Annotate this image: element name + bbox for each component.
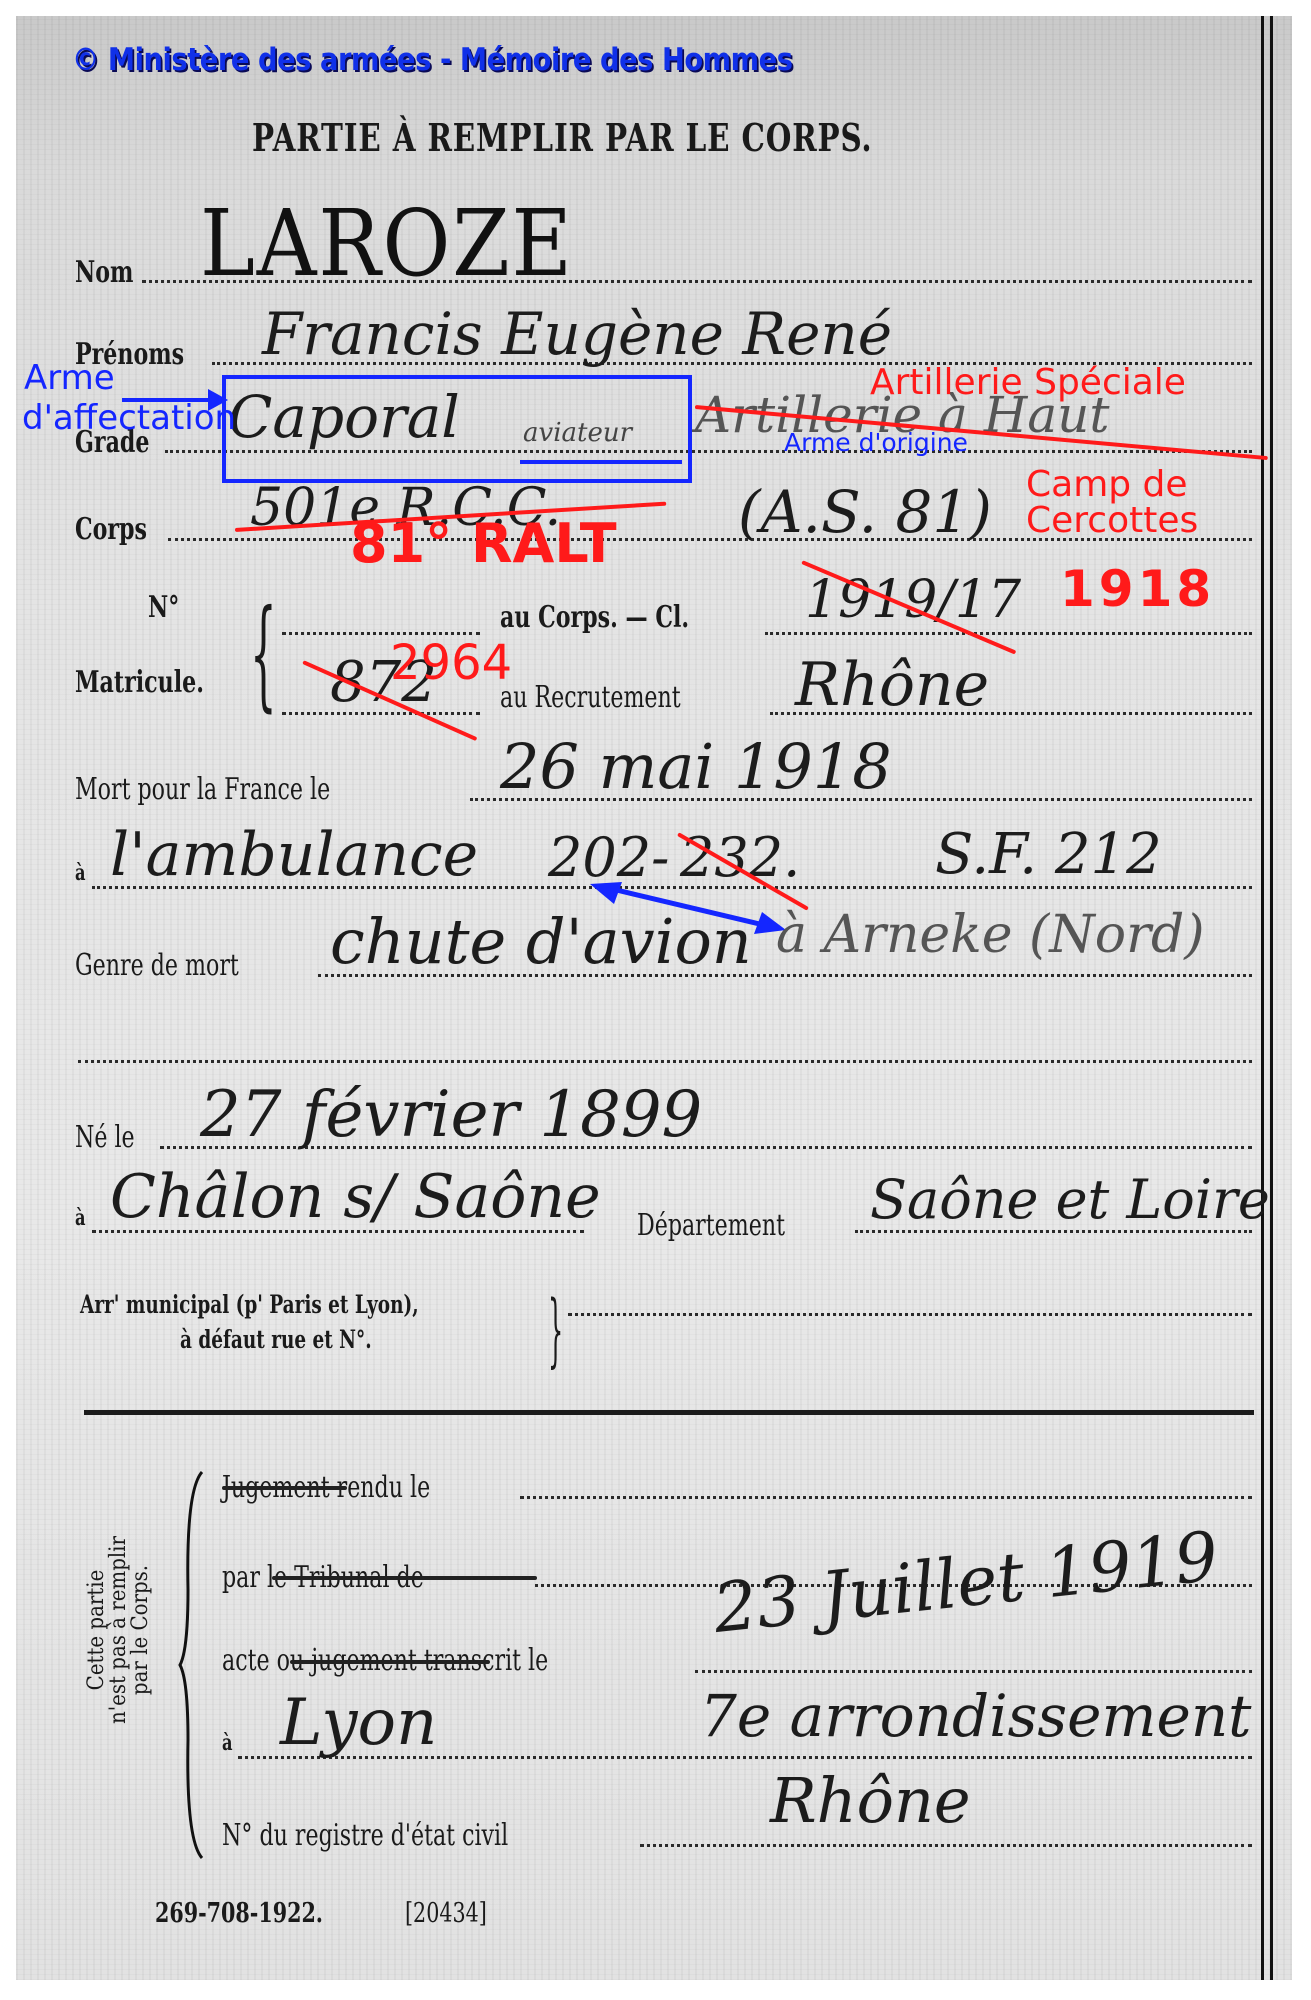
separator-line <box>84 1410 1254 1415</box>
label-matricule: Matricule. <box>75 665 204 700</box>
label-a-naissance: à <box>75 1205 86 1231</box>
annotation-arme-affectation-line1: Arme <box>24 358 115 398</box>
strike-tribunal <box>272 1576 537 1580</box>
right-border-line <box>1261 16 1264 1980</box>
form-title: PARTIE À REMPLIR PAR LE CORPS. <box>252 115 873 160</box>
label-no: N° <box>148 590 179 625</box>
arme-affectation-box <box>222 375 692 483</box>
handwritten-ne-lieu: Châlon s/ Saône <box>110 1162 601 1232</box>
strike-jugement <box>222 1486 347 1490</box>
line-jugement <box>520 1496 1252 1499</box>
strike-acte <box>290 1660 490 1664</box>
annotation-classe: 1918 <box>1060 560 1215 618</box>
handwritten-lieu-2: à Arneke (Nord) <box>776 905 1205 965</box>
aviateur-underline <box>520 460 682 464</box>
footer-ref: [20434] <box>405 1898 487 1929</box>
label-nom: Nom <box>75 255 133 290</box>
annotation-ralt: 81° RALT <box>350 512 617 575</box>
label-arr-municipal-2: à défaut rue et N°. <box>180 1325 372 1354</box>
handwritten-lieu: l'ambulance <box>110 820 478 890</box>
label-departement: Département <box>637 1208 785 1243</box>
label-genre-de-mort: Genre de mort <box>75 948 239 983</box>
line-arr-municipal <box>568 1313 1252 1316</box>
label-registre: N° du registre d'état civil <box>222 1818 508 1853</box>
handwritten-transcrit-lieu: Lyon <box>280 1686 437 1760</box>
label-au-corps: au Corps. — Cl. <box>500 600 689 635</box>
handwritten-secteur: S.F. 212 <box>935 822 1162 887</box>
handwritten-prenoms: Francis Eugène René <box>262 300 892 368</box>
label-arr-municipal-1: Arr' municipal (p' Paris et Lyon), <box>80 1290 419 1319</box>
label-mort-le: Mort pour la France le <box>75 772 330 807</box>
handwritten-mort-date: 26 mai 1918 <box>500 730 892 803</box>
brace-arr-municipal: } <box>548 1283 563 1376</box>
sidebar-note-line2: n'est pas à remplir <box>108 1480 130 1780</box>
annotation-artillerie-speciale: Artillerie Spéciale <box>870 362 1186 403</box>
handwritten-departement: Saône et Loire <box>870 1168 1270 1231</box>
handwritten-corps-paren: (A.S. 81) <box>738 478 992 546</box>
line-blank <box>78 1060 1252 1063</box>
label-a-transcrit: à <box>222 1730 233 1756</box>
watermark: © Ministère des armées - Mémoire des Hom… <box>72 42 793 78</box>
handwritten-nom: LAROZE <box>200 190 574 297</box>
annotation-arme-origine: Arme d'origine <box>784 428 968 457</box>
annotation-matricule: 2964 <box>390 635 512 691</box>
handwritten-arrondissement: 7e arrondissement <box>700 1682 1251 1750</box>
footer-code: 269-708-1922. <box>155 1898 323 1929</box>
brace-matricule: { <box>250 585 277 724</box>
annotation-camp-line2: Cercottes <box>1026 500 1198 541</box>
label-ne-le: Né le <box>75 1120 135 1155</box>
label-au-recrutement: au Recrutement <box>500 680 681 715</box>
sidebar-note: Cette partie n'est pas à remplir par le … <box>86 1480 152 1780</box>
sidebar-note-line1: Cette partie <box>86 1480 108 1780</box>
arrow-right-icon <box>120 385 230 415</box>
right-border-line <box>1270 16 1273 1980</box>
label-corps: Corps <box>75 512 147 547</box>
sidebar-note-line3: par le Corps. <box>130 1480 152 1780</box>
line-classe <box>765 632 1252 635</box>
handwritten-ne-date: 27 février 1899 <box>200 1078 702 1152</box>
label-a-lieu: à <box>75 860 86 886</box>
brace-lower-section <box>178 1470 208 1860</box>
handwritten-recrutement: Rhône <box>795 650 989 720</box>
handwritten-genre-de-mort: chute d'avion <box>330 905 752 978</box>
line-registre <box>640 1844 1252 1847</box>
annotation-camp-line1: Camp de <box>1026 464 1188 505</box>
handwritten-transcrit-dept: Rhône <box>770 1764 971 1837</box>
line-acte <box>695 1670 1252 1673</box>
